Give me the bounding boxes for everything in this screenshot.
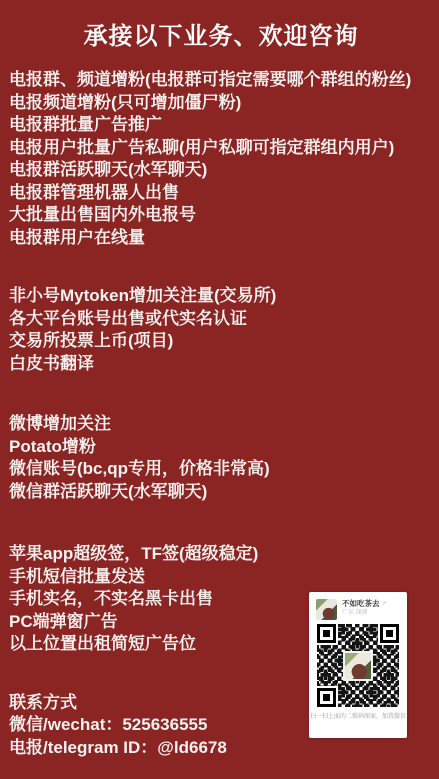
service-line: 电报群管理机器人出售 bbox=[9, 182, 433, 205]
wechat-nickname: 不如吃茶去 ♂ bbox=[342, 599, 387, 608]
service-line: 微信群活跃聊天(水军聊天) bbox=[9, 481, 433, 504]
service-line: 各大平台账号出售或代实名认证 bbox=[9, 308, 433, 331]
qr-code bbox=[317, 624, 399, 707]
service-line: 大批量出售国内外电报号 bbox=[9, 204, 433, 227]
flyer-background: { "colors": { "background": "#8B2523", "… bbox=[0, 0, 439, 779]
wechat-qr-card: 不如吃茶去 ♂ 广东 深圳 扫一扫上面的二维码图案，加我微信 bbox=[309, 592, 407, 738]
service-line: 交易所投票上币(项目) bbox=[9, 330, 433, 353]
service-line: 电报群批量广告推广 bbox=[9, 114, 433, 137]
service-line: 微信账号(bc,qp专用，价格非常高) bbox=[9, 458, 433, 481]
service-line: 白皮书翻译 bbox=[9, 353, 433, 376]
service-line: 微博增加关注 bbox=[9, 413, 433, 436]
qr-finder-icon bbox=[317, 624, 336, 643]
service-line: 手机短信批量发送 bbox=[9, 566, 433, 589]
wechat-card-header: 不如吃茶去 ♂ 广东 深圳 bbox=[309, 592, 407, 620]
section-exchange-services: 非小号Mytoken增加关注量(交易所) 各大平台账号出售或代实名认证 交易所投… bbox=[9, 285, 433, 375]
wechat-region: 广东 深圳 bbox=[342, 610, 387, 617]
section-social-services: 微博增加关注 Potato增粉 微信账号(bc,qp专用，价格非常高) 微信群活… bbox=[9, 413, 433, 503]
service-line: 苹果app超级签，TF签(超级稳定) bbox=[9, 543, 433, 566]
service-line: 电报群用户在线量 bbox=[9, 227, 433, 250]
avatar bbox=[316, 599, 337, 620]
service-line: 电报频道增粉(只可增加僵尸粉) bbox=[9, 92, 433, 115]
service-line: 非小号Mytoken增加关注量(交易所) bbox=[9, 285, 433, 308]
qr-caption: 扫一扫上面的二维码图案，加我微信 bbox=[309, 713, 407, 721]
qr-finder-icon bbox=[317, 688, 336, 707]
page-title: 承接以下业务、欢迎咨询 bbox=[9, 22, 433, 52]
male-gender-icon: ♂ bbox=[382, 600, 387, 607]
section-telegram-services: 电报群、频道增粉(电报群可指定需要哪个群组的粉丝) 电报频道增粉(只可增加僵尸粉… bbox=[9, 69, 433, 249]
service-line: 电报群活跃聊天(水军聊天) bbox=[9, 159, 433, 182]
service-line: 电报用户批量广告私聊(用户私聊可指定群组内用户) bbox=[9, 137, 433, 160]
qr-finder-icon bbox=[380, 624, 399, 643]
qr-center-avatar bbox=[343, 651, 373, 681]
service-line: 电报群、频道增粉(电报群可指定需要哪个群组的粉丝) bbox=[9, 69, 433, 92]
service-line: Potato增粉 bbox=[9, 436, 433, 459]
contact-telegram: 电报/telegram ID：@ld6678 bbox=[9, 737, 433, 760]
